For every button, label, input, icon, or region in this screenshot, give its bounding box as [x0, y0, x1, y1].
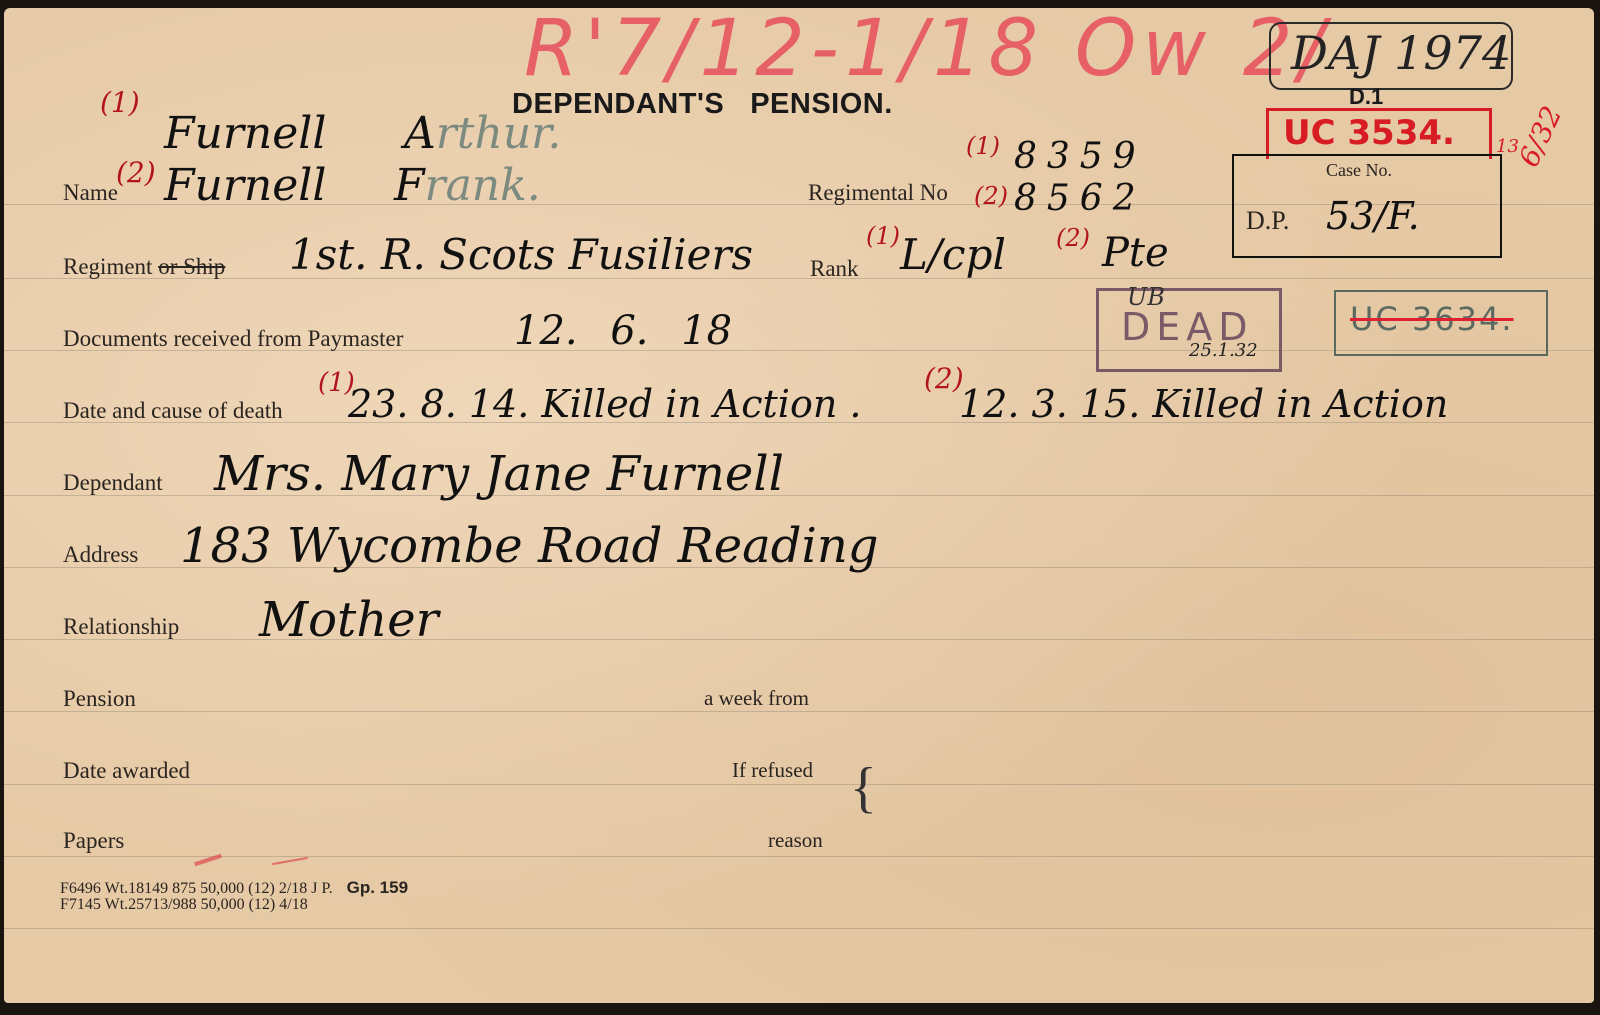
- name-1-first: Arthur.: [404, 108, 561, 159]
- if-refused-label: If refused: [732, 758, 813, 783]
- death-2: 12. 3. 15. Killed in Action: [959, 382, 1448, 426]
- rank-marker-1: (1): [866, 222, 900, 250]
- dependant-value: Mrs. Mary Jane Furnell: [214, 446, 784, 502]
- reason-label: reason: [768, 828, 823, 853]
- rank-label: Rank: [810, 256, 859, 282]
- daj-reference-box: DAJ 1974: [1269, 22, 1513, 90]
- case-number-box: Case No. D.P. 53/F.: [1232, 154, 1502, 258]
- date-awarded-label: Date awarded: [63, 758, 190, 784]
- ruled-line: [4, 856, 1594, 857]
- name-2-first: Frank.: [394, 160, 541, 211]
- relationship-value: Mother: [259, 592, 439, 648]
- rank-1: L/cpl: [900, 230, 1006, 279]
- uc-struck-box: UC 3634.: [1334, 290, 1548, 356]
- death-1: 23. 8. 14. Killed in Action .: [348, 382, 861, 426]
- name-marker-2: (2): [116, 156, 156, 189]
- ruled-line: [4, 278, 1594, 279]
- relationship-label: Relationship: [63, 614, 179, 640]
- pension-card: R'7/12-1/18 Ow 2/ DEPENDANT'SPENSION. DA…: [4, 8, 1594, 1003]
- side-red-date: 6/32: [1512, 101, 1568, 172]
- regiment-value: 1st. R. Scots Fusiliers: [289, 230, 753, 279]
- footer-line-2: F7145 Wt.25713/988 50,000 (12) 4/18: [60, 896, 308, 914]
- address-label: Address: [63, 542, 138, 568]
- reg-marker-1: (1): [966, 132, 1000, 160]
- brace-icon: {: [850, 760, 877, 816]
- rank-marker-2: (2): [1056, 224, 1090, 252]
- regiment-label: Regiment or Ship: [63, 254, 225, 280]
- ruled-line: [4, 639, 1594, 640]
- case-number-prefix: D.P.: [1246, 206, 1289, 236]
- ruled-line: [4, 711, 1594, 712]
- week-from-label: a week from: [704, 686, 809, 711]
- daj-reference: DAJ 1974: [1291, 26, 1511, 80]
- regiment-struck-text: or Ship: [158, 254, 225, 279]
- name-label: Name: [63, 180, 118, 206]
- name-2-surname: Furnell: [164, 160, 326, 211]
- documents-label: Documents received from Paymaster: [63, 326, 403, 352]
- address-value: 183 Wycombe Road Reading: [180, 518, 878, 574]
- footer-line-1: F6496 Wt.18149 875 50,000 (12) 2/18 J P.…: [60, 878, 408, 898]
- name-marker-1: (1): [100, 86, 140, 119]
- footer-group-number: Gp. 159: [347, 878, 408, 897]
- pink-pencil-annotation: R'7/12-1/18 Ow 2/: [524, 8, 1331, 94]
- case-number-value: 53/F.: [1326, 194, 1420, 238]
- ruled-line: [4, 928, 1594, 929]
- documents-date: 12. 6. 18: [514, 308, 732, 354]
- regimental-no-label: Regimental No: [808, 180, 948, 206]
- regimental-no-1: 8359: [1014, 136, 1146, 177]
- papers-label: Papers: [63, 828, 124, 854]
- pension-label: Pension: [63, 686, 136, 712]
- uc-struck-number: UC 3634.: [1350, 300, 1514, 338]
- ruled-line: [4, 784, 1594, 785]
- form-code: D.1: [1349, 84, 1383, 110]
- name-1-surname: Furnell: [164, 108, 326, 159]
- card-title: DEPENDANT'SPENSION.: [512, 88, 893, 121]
- red-smudge: [272, 857, 308, 865]
- reg-marker-2: (2): [974, 182, 1008, 210]
- death-label: Date and cause of death: [63, 398, 283, 424]
- uc-red-number: UC 3534.: [1283, 113, 1455, 153]
- uc-red-box: UC 3534.: [1266, 108, 1492, 159]
- case-number-label: Case No.: [1326, 160, 1392, 181]
- dead-stamp-date: 25.1.32: [1189, 340, 1258, 361]
- title-pension: PENSION.: [750, 88, 893, 120]
- dependant-label: Dependant: [63, 470, 163, 496]
- death-marker-2: (2): [924, 362, 964, 395]
- regimental-no-2: 8562: [1014, 178, 1146, 219]
- rank-2: Pte: [1102, 230, 1169, 276]
